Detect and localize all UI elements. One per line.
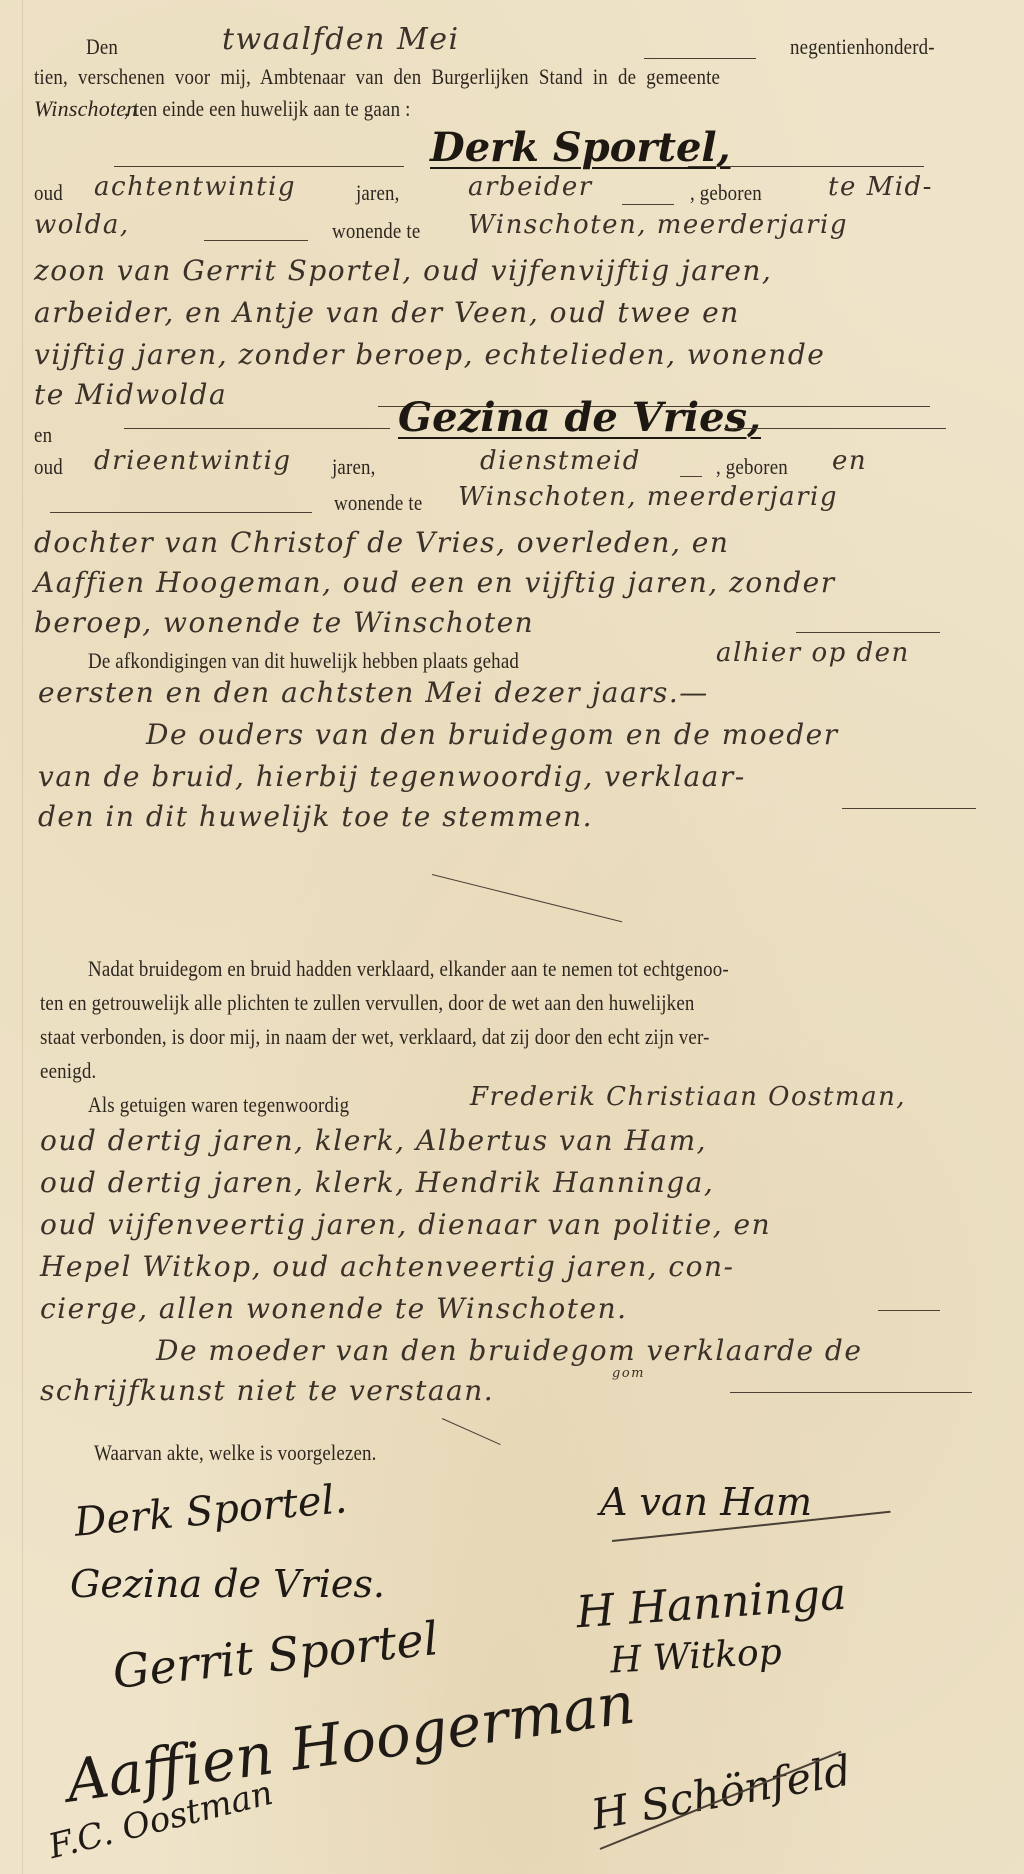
bride-age: drieentwintig (94, 446, 292, 476)
blank-rule (622, 204, 674, 205)
groom-parents-line-2: arbeider, en Antje van der Veen, oud twe… (34, 296, 740, 329)
witness-line-2: oud dertig jaren, klerk, Albertus van Ha… (40, 1124, 707, 1157)
opening-line-2: tien, verschenen voor mij, Ambtenaar van… (34, 64, 980, 90)
signature-witness-hanninga: H Hanninga (575, 1569, 848, 1639)
year-prefix: negentienhonderd- (790, 34, 935, 60)
bride-occupation: dienstmeid (480, 446, 641, 476)
label-jaren: jaren, (356, 180, 400, 206)
groom-parents-line-1: zoon van Gerrit Sportel, oud vijfenvijft… (34, 254, 772, 287)
label-geboren: , geboren (716, 454, 788, 480)
witness-line-5: Hepel Witkop, oud achtenveertig jaren, c… (40, 1250, 734, 1283)
consent-line-2: van de bruid, hierbij tegenwoordig, verk… (38, 760, 746, 793)
signature-groom-father: Gerrit Sportel (110, 1611, 441, 1699)
proclamations-hand-a: alhier op den (716, 638, 910, 668)
groom-occupation: arbeider (468, 172, 593, 202)
declaration-line-2: ten en getrouwelijk alle plichten te zul… (40, 990, 695, 1016)
blank-rule (730, 1392, 972, 1393)
closing-stroke (432, 874, 622, 922)
opening-line-3: Winschoten (34, 96, 137, 122)
blank-rule (204, 240, 308, 241)
blank-rule (724, 428, 946, 429)
blank-rule (114, 166, 404, 167)
blank-rule (878, 1310, 940, 1311)
groom-parents-line-3: vijftig jaren, zonder beroep, echteliede… (34, 338, 825, 371)
label-wonende: wonende te (332, 218, 420, 244)
label-geboren: , geboren (690, 180, 762, 206)
blank-rule (50, 512, 312, 513)
label-oud: oud (34, 454, 63, 480)
signature-groom: Derk Sportel. (73, 1476, 349, 1546)
proclamations-print: De afkondigingen van dit huwelijk hebben… (88, 648, 519, 674)
blank-rule (680, 476, 702, 477)
signature-witness-witkop: H Witkop (609, 1632, 783, 1682)
closing-stroke (442, 1418, 501, 1445)
illiteracy-insertion: gom (612, 1366, 645, 1381)
page-margin-line (22, 0, 23, 1874)
label-den: Den (86, 34, 118, 60)
signature-official-schonfeld: H Schönfeld (588, 1746, 855, 1840)
label-wonende: wonende te (334, 490, 422, 516)
witnesses-print: Als getuigen waren tegenwoordig (88, 1092, 349, 1118)
marriage-date-handwritten: twaalfden Mei (222, 22, 460, 57)
groom-residence: Winschoten, meerderjarig (468, 210, 848, 240)
groom-parents-line-4: te Midwolda (34, 378, 227, 411)
consent-line-1: De ouders van den bruidegom en de moeder (146, 718, 839, 751)
groom-name: Derk Sportel, (430, 124, 731, 171)
marriage-certificate-page: Den twaalfden Mei negentienhonderd- tien… (0, 0, 1024, 1874)
signature-witness-van-ham: A van Ham (600, 1480, 812, 1524)
proclamations-hand-b: eersten en den achtsten Mei dezer jaars.… (38, 676, 709, 709)
label-en: en (34, 422, 52, 448)
witness-line-6: cierge, allen wonende te Winschoten. (40, 1292, 628, 1325)
witness-line-1: Frederik Christiaan Oostman, (470, 1082, 906, 1112)
label-jaren: jaren, (332, 454, 376, 480)
bride-parents-line-1: dochter van Christof de Vries, overleden… (34, 526, 729, 559)
opening-line-3-tail: , ten einde een huwelijk aan te gaan : (124, 96, 411, 122)
declaration-line-3: staat verbonden, is door mij, in naam de… (40, 1024, 710, 1050)
bride-parents-line-3: beroep, wonende te Winschoten (34, 606, 534, 639)
blank-rule (644, 58, 756, 59)
groom-birthplace-b: wolda, (34, 210, 130, 240)
signature-bride: Gezina de Vries. (70, 1562, 385, 1606)
bride-name: Gezina de Vries, (398, 394, 761, 441)
illiteracy-line-1: De moeder van den bruidegom verklaarde d… (156, 1334, 862, 1367)
closing-statement: Waarvan akte, welke is voorgelezen. (94, 1440, 377, 1466)
bride-residence: Winschoten, meerderjarig (458, 482, 838, 512)
groom-age: achtentwintig (94, 172, 296, 202)
witness-line-3: oud dertig jaren, klerk, Hendrik Hanning… (40, 1166, 714, 1199)
blank-rule (688, 166, 924, 167)
municipality-name: Winschoten (34, 96, 137, 121)
label-oud: oud (34, 180, 63, 206)
bride-parents-line-2: Aaffien Hoogeman, oud een en vijftig jar… (34, 566, 836, 599)
illiteracy-line-2: schrijfkunst niet te verstaan. (40, 1374, 494, 1407)
blank-rule (124, 428, 390, 429)
bride-birthplace: en (832, 446, 867, 476)
groom-birthplace-a: te Mid- (828, 172, 933, 202)
blank-rule (842, 808, 976, 809)
consent-line-3: den in dit huwelijk toe te stemmen. (38, 800, 593, 833)
witness-line-4: oud vijfenveertig jaren, dienaar van pol… (40, 1208, 771, 1241)
declaration-line-1: Nadat bruidegom en bruid hadden verklaar… (88, 956, 729, 982)
declaration-line-4: eenigd. (40, 1058, 96, 1084)
blank-rule (796, 632, 940, 633)
